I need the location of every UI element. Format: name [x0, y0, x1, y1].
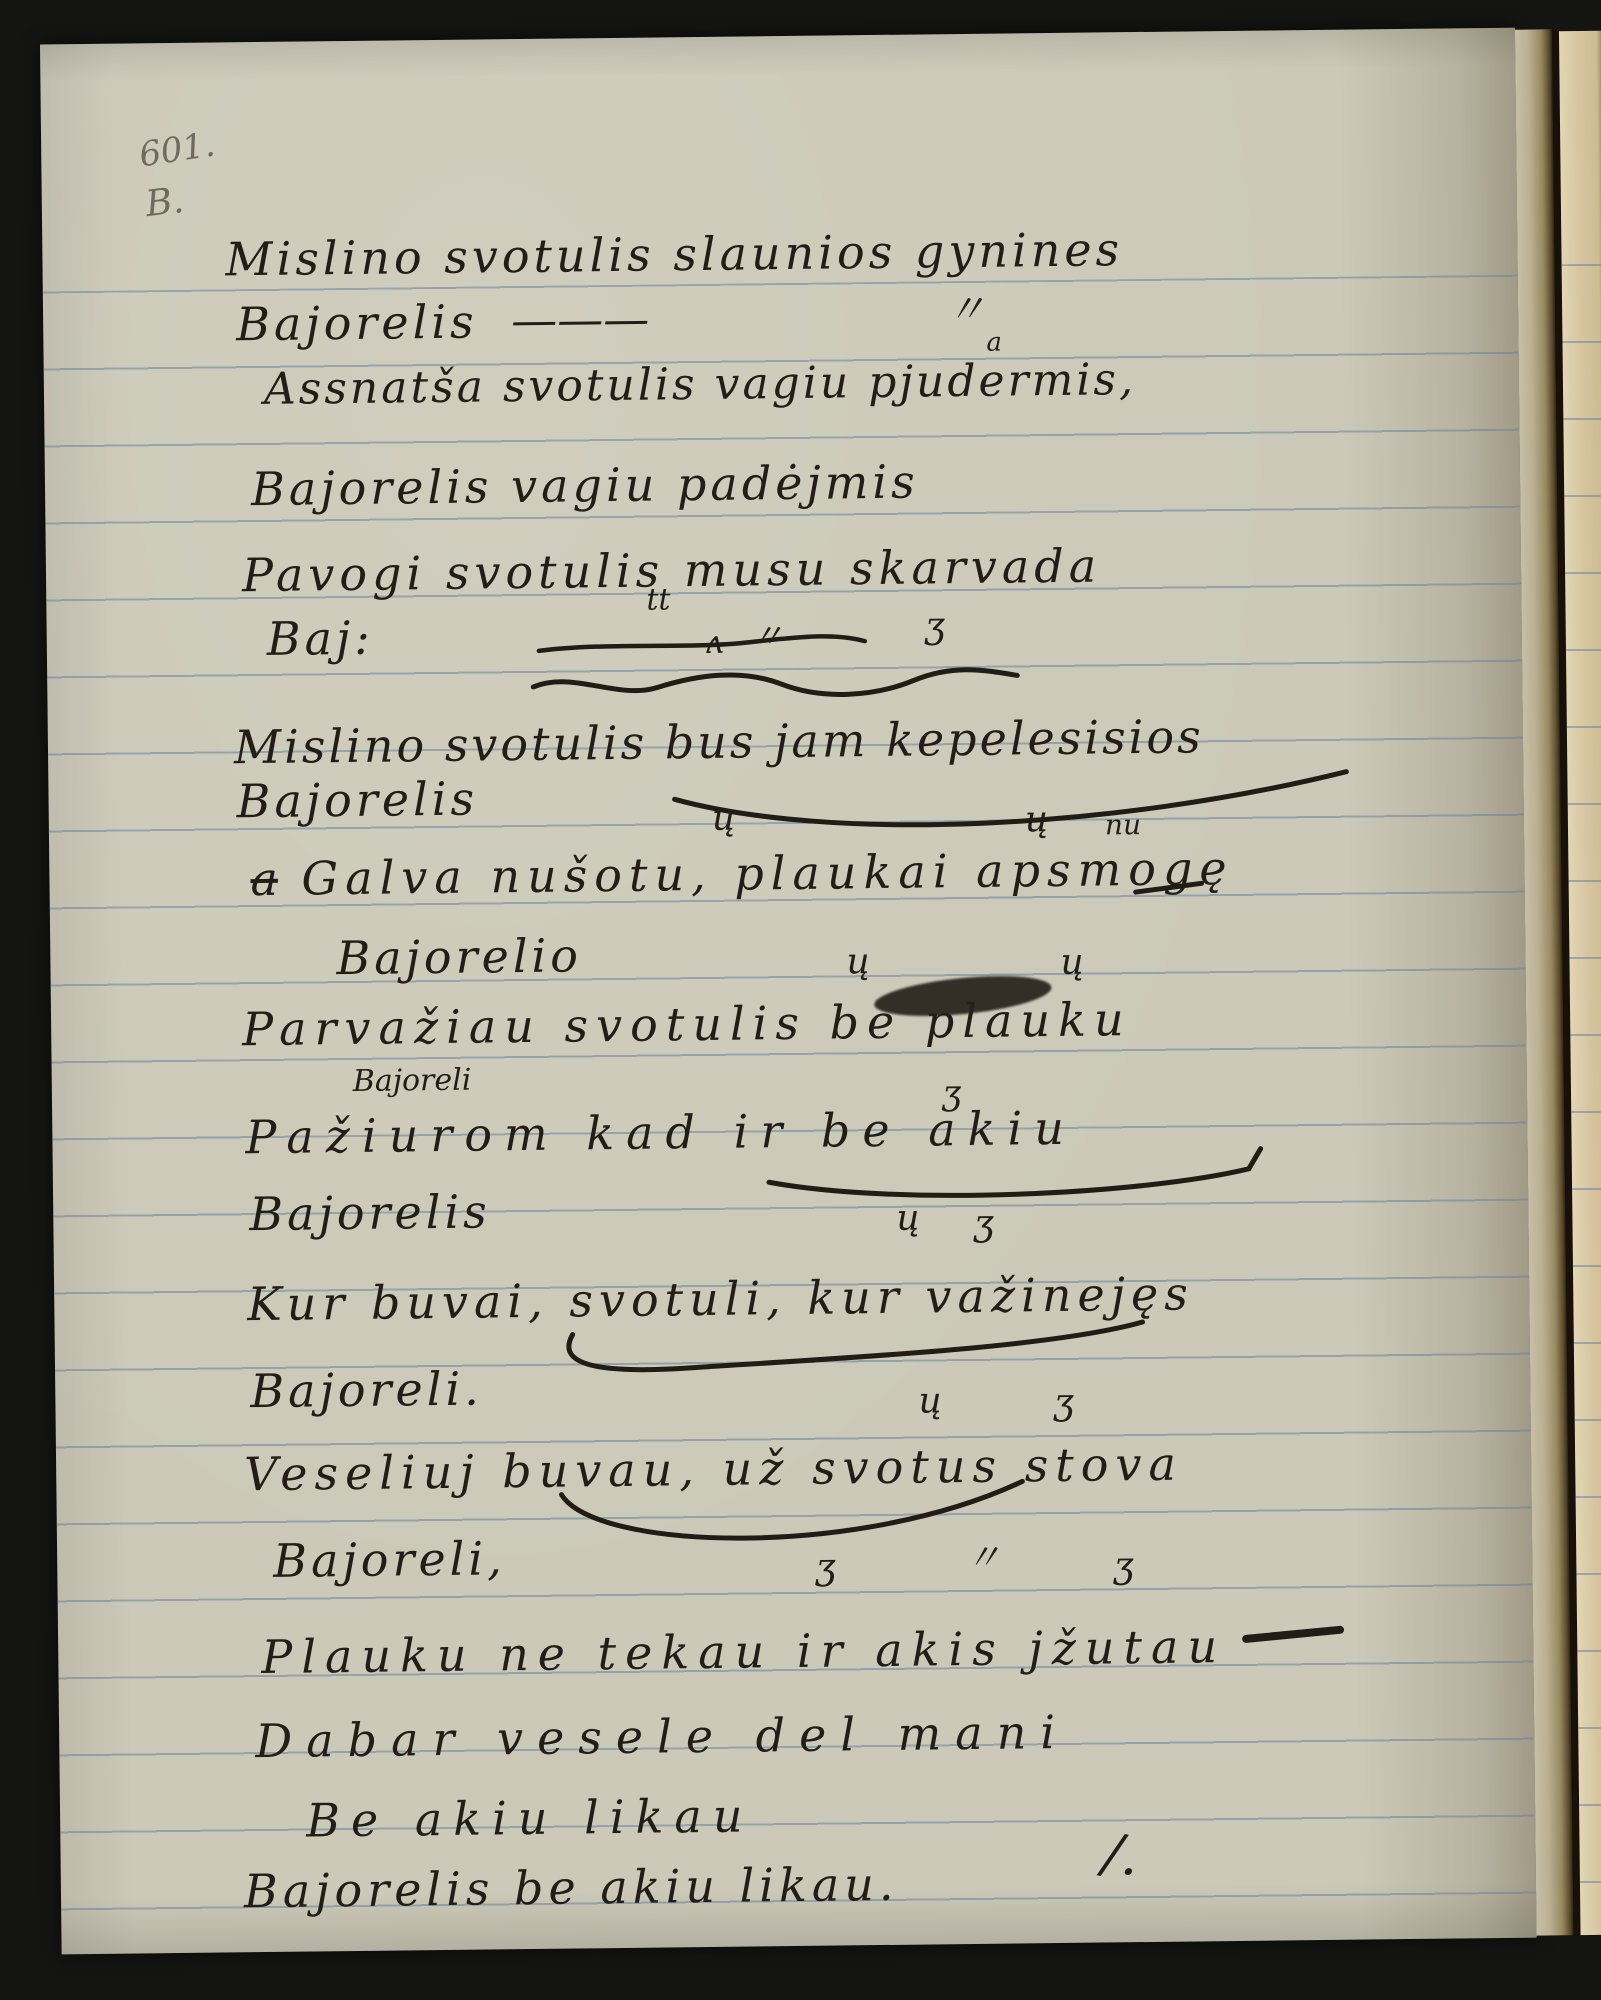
ditto-mark: ų: [1025, 802, 1049, 838]
superscript-nu: nu: [1105, 811, 1141, 839]
manuscript-line: Plauku ne tekau ir akis jžutau: [261, 1623, 1226, 1680]
ditto-mark: 〃: [946, 290, 986, 330]
ditto-mark: ų: [896, 1201, 920, 1237]
ditto-mark: ʒ: [1053, 1385, 1074, 1421]
end-mark: /.: [1100, 1826, 1142, 1884]
interline-word: Bajoreli: [353, 1066, 472, 1097]
manuscript-line: Be akiu likau: [306, 1792, 754, 1843]
manuscript-line: Bajoreli,: [273, 1535, 506, 1584]
manuscript-line: Bajorelis: [236, 776, 478, 825]
struck-letter: a: [250, 856, 278, 902]
ditto-mark: ų: [918, 1383, 942, 1419]
ditto-mark: ų: [846, 944, 870, 980]
manuscript-page: 601. B. Mislino svotulis slaunios gynine…: [40, 28, 1537, 1955]
ditto-mark: ʌ: [705, 626, 723, 658]
manuscript-line: Bajorelis vagiu padėjmis: [251, 459, 919, 513]
manuscript-line: Assnatša svotulis vagiu pjudermis,: [264, 358, 1136, 412]
manuscript-line: Kur buvai, svotuli, kur važinejęs: [247, 1270, 1194, 1327]
manuscript-line: Dabar vesele del mani: [255, 1709, 1069, 1764]
ditto-mark: 〃: [750, 620, 784, 654]
manuscript-line: Veseliuj buvau, už svotus stova: [244, 1441, 1183, 1498]
manuscript-line: Pavogi svotulis musu skarvada: [242, 542, 1102, 598]
notebook-scan: 601. B. Mislino svotulis slaunios gynine…: [40, 27, 1601, 1959]
ditto-mark: ų: [712, 801, 736, 837]
ditto-mark: ʒ: [942, 1076, 962, 1110]
manuscript-line: Galva nušotu, plaukai apsmogę: [301, 845, 1234, 902]
ditto-mark: ų: [1060, 945, 1084, 981]
repeat-dash: ———: [511, 296, 650, 344]
manuscript-line: Baj:: [267, 615, 375, 662]
manuscript-line: Mislino svotulis slaunios gynines: [225, 226, 1123, 282]
manuscript-line: Bajoreli.: [250, 1366, 483, 1415]
manuscript-line: Bajorelis: [249, 1188, 491, 1237]
manuscript-line: Bajorelis: [236, 299, 478, 348]
manuscript-line: Bajorelis be akiu likau.: [244, 1861, 899, 1914]
page-number: 601.: [137, 127, 217, 172]
tt-mark: tt: [646, 585, 670, 615]
manuscript-line: Bajorelio: [336, 932, 582, 981]
ditto-mark: 〃: [965, 1541, 1001, 1577]
superscript-a: a: [986, 330, 1002, 356]
section-mark: B.: [144, 183, 186, 223]
ditto-mark: ʒ: [924, 608, 945, 644]
ditto-mark: ʒ: [1113, 1548, 1134, 1584]
ditto-mark: ʒ: [815, 1550, 836, 1586]
ditto-mark: ʒ: [973, 1206, 994, 1242]
manuscript-line: Mislino svotulis bus jam kepelesisios: [234, 713, 1204, 770]
